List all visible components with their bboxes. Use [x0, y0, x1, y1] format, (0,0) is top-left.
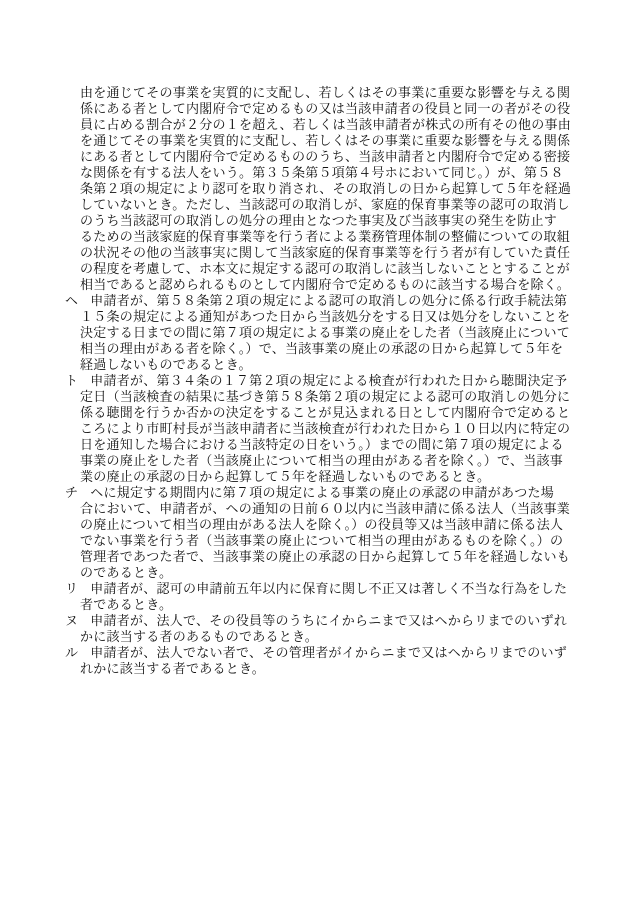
item-first-line: ト申請者が、第３４条の１７第２項の規定による検査が行われた日から聴聞決定予 — [65, 373, 605, 389]
text-line: の状況その他の当該事実に関して当該家庭的保育事業等を行う者が有していた責任 — [65, 245, 605, 261]
text-line: 定日（当該検査の結果に基づき第５８条第２項の規定による認可の取消しの処分に — [65, 389, 605, 405]
text-line: 者であるとき。 — [65, 597, 605, 613]
item-first-line: ヌ申請者が、法人で、その役員等のうちにイからニまで又はヘからリまでのいずれ — [65, 613, 605, 629]
document-page: 由を通じてその事業を実質的に支配し、若しくはその事業に重要な影響を与える関係にあ… — [0, 0, 630, 903]
item-text: ヘに規定する期間内に第７項の規定による事業の廃止の承認の申請があつた場 — [90, 485, 554, 500]
text-line: のであるとき。 — [65, 565, 605, 581]
text-line: 管理者であつた者で、当該事業の廃止の承認の日から起算して５年を経過しないも — [65, 549, 605, 565]
item-text: 申請者が、第５８条第２項の規定による認可の取消しの処分に係る行政手続法第 — [90, 293, 567, 308]
text-line: るための当該家庭的保育事業等を行う者による業務管理体制の整備についての取組 — [65, 229, 605, 245]
text-line: 由を通じてその事業を実質的に支配し、若しくはその事業に重要な影響を与える関 — [65, 85, 605, 101]
text-line: な関係を有する法人をいう。第３５条第５項第４号ホにおいて同じ。）が、第５８ — [65, 165, 605, 181]
text-line: １５条の規定による通知があつた日から当該処分をする日又は処分をしないことを — [65, 309, 605, 325]
item-text: 申請者が、第３４条の１７第２項の規定による検査が行われた日から聴聞決定予 — [90, 373, 567, 388]
item-marker: ヘ — [65, 293, 78, 309]
text-line: 決定する日までの間に第７項の規定による事業の廃止をした者（当該廃止について — [65, 325, 605, 341]
text-line: でない事業を行う者（当該事業の廃止について相当の理由があるものを除く。）の — [65, 533, 605, 549]
item-first-line: ヘ申請者が、第５８条第２項の規定による認可の取消しの処分に係る行政手続法第 — [65, 293, 605, 309]
item-marker: ル — [65, 645, 78, 661]
item-text: 申請者が、法人でない者で、その管理者がイからニまで又はヘからリまでのいず — [90, 645, 567, 660]
item-marker: ト — [65, 373, 78, 389]
text-line: 相当の理由がある者を除く。）で、当該事業の廃止の承認の日から起算して５年を — [65, 341, 605, 357]
item-first-line: チヘに規定する期間内に第７項の規定による事業の廃止の承認の申請があつた場 — [65, 485, 605, 501]
text-line: 係にある者として内閣府令で定めるもの又は当該申請者の役員と同一の者がその役 — [65, 101, 605, 117]
text-line: ころにより市町村長が当該申請者に当該検査が行われた日から１０日以内に特定の — [65, 421, 605, 437]
text-line: の程度を考慮して、ホ本文に規定する認可の取消しに該当しないこととすることが — [65, 261, 605, 277]
item-marker: リ — [65, 581, 78, 597]
text-line: れかに該当する者であるとき。 — [65, 661, 605, 677]
text-line: かに該当する者のあるものであるとき。 — [65, 629, 605, 645]
item-text: 申請者が、法人で、その役員等のうちにイからニまで又はヘからリまでのいずれ — [90, 613, 567, 628]
text-line: 経過しないものであるとき。 — [65, 357, 605, 373]
text-line: 条第２項の規定により認可を取り消され、その取消しの日から起算して５年を経過 — [65, 181, 605, 197]
text-line: にある者として内閣府令で定めるもののうち、当該申請者と内閣府令で定める密接 — [65, 149, 605, 165]
text-line: 業の廃止の承認の日から起算して５年を経過しないものであるとき。 — [65, 469, 605, 485]
text-line: 事業の廃止をした者（当該廃止について相当の理由がある者を除く。）で、当該事 — [65, 453, 605, 469]
text-line: 日を通知した場合における当該特定の日をいう。）までの間に第７項の規定による — [65, 437, 605, 453]
item-first-line: リ申請者が、認可の申請前五年以内に保育に関し不正又は著しく不当な行為をした — [65, 581, 605, 597]
text-line: 係る聴聞を行うか否かの決定をすることが見込まれる日として内閣府令で定めると — [65, 405, 605, 421]
document-body: 由を通じてその事業を実質的に支配し、若しくはその事業に重要な影響を与える関係にあ… — [65, 85, 605, 677]
item-text: 申請者が、認可の申請前五年以内に保育に関し不正又は著しく不当な行為をした — [90, 581, 567, 596]
text-line: 員に占める割合が２分の１を超え、若しくは当該申請者が株式の所有その他の事由 — [65, 117, 605, 133]
item-marker: チ — [65, 485, 78, 501]
item-marker: ヌ — [65, 613, 78, 629]
text-line: のうち当該認可の取消しの処分の理由となつた事実及び当該事実の発生を防止す — [65, 213, 605, 229]
text-line: 合において、申請者が、ヘの通知の日前６０以内に当該申請に係る法人（当該事業 — [65, 501, 605, 517]
text-line: していないとき。ただし、当該認可の取消しが、家庭的保育事業等の認可の取消し — [65, 197, 605, 213]
text-line: の廃止について相当の理由がある法人を除く。）の役員等又は当該申請に係る法人 — [65, 517, 605, 533]
text-line: を通じてその事業を実質的に支配し、若しくはその事業に重要な影響を与える関係 — [65, 133, 605, 149]
text-line: 相当であると認められるものとして内閣府令で定めるものに該当する場合を除く。 — [65, 277, 605, 293]
item-first-line: ル申請者が、法人でない者で、その管理者がイからニまで又はヘからリまでのいず — [65, 645, 605, 661]
